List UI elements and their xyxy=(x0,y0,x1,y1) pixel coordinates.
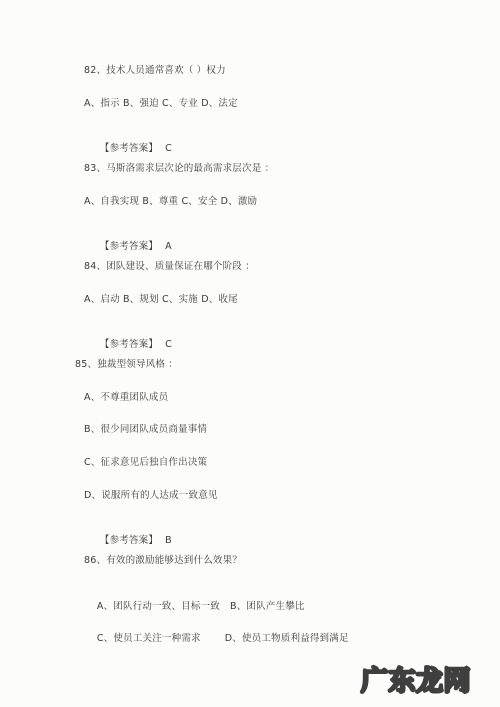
answer-value: C xyxy=(165,143,172,154)
answer-value: A xyxy=(165,241,172,252)
question-85-option-b: B、很少同团队成员商量事情 xyxy=(84,423,207,436)
document-page: 82、技术人员通常喜欢（ ）权力 A、指示 B、强迫 C、专业 D、法定 【参考… xyxy=(0,0,500,707)
question-85-option-c: C、征求意见后独自作出决策 xyxy=(84,456,207,469)
question-86-option-b: B、团队产生攀比 xyxy=(230,601,305,612)
question-82-title: 82、技术人员通常喜欢（ ）权力 xyxy=(84,64,226,77)
question-85-title: 85、独裁型领导风格 ： xyxy=(75,358,178,371)
answer-label: 【参考答案】 xyxy=(100,143,158,154)
answer-label: 【参考答案】 xyxy=(100,339,158,350)
answer-label: 【参考答案】 xyxy=(100,241,158,252)
question-86-option-c: C、使员工关注一种需求 xyxy=(97,633,201,644)
answer-value: B xyxy=(165,535,172,546)
question-84-options: A、启动 B、规划 C、实施 D、收尾 xyxy=(84,293,238,306)
answer-label: 【参考答案】 xyxy=(100,535,158,546)
question-86-option-d: D、使员工物质利益得到满足 xyxy=(225,633,349,644)
question-86-options-cd: C、使员工关注一种需求D、使员工物质利益得到满足 xyxy=(84,619,349,658)
question-85-option-a: A、不尊重团队成员 xyxy=(84,391,168,404)
question-86-title: 86、有效的激励能够达到什么效果？ xyxy=(84,554,242,567)
question-84-title: 84、团队建设、质量保证在哪个阶段 ： xyxy=(84,260,255,273)
question-83-title: 83、马斯洛需求层次论的最高需求层次是 ： xyxy=(84,162,274,175)
question-86-option-a: A、团队行动一致、目标一致 xyxy=(97,601,220,612)
question-85-option-d: D、说服所有的人达成一致意见 xyxy=(84,489,218,502)
question-82-options: A、指示 B、强迫 C、专业 D、法定 xyxy=(84,97,238,110)
answer-value: C xyxy=(165,339,172,350)
site-watermark: 广东龙网 xyxy=(361,659,471,698)
question-83-options: A、自我实现 B、尊重 C、安全 D、激励 xyxy=(84,195,257,208)
